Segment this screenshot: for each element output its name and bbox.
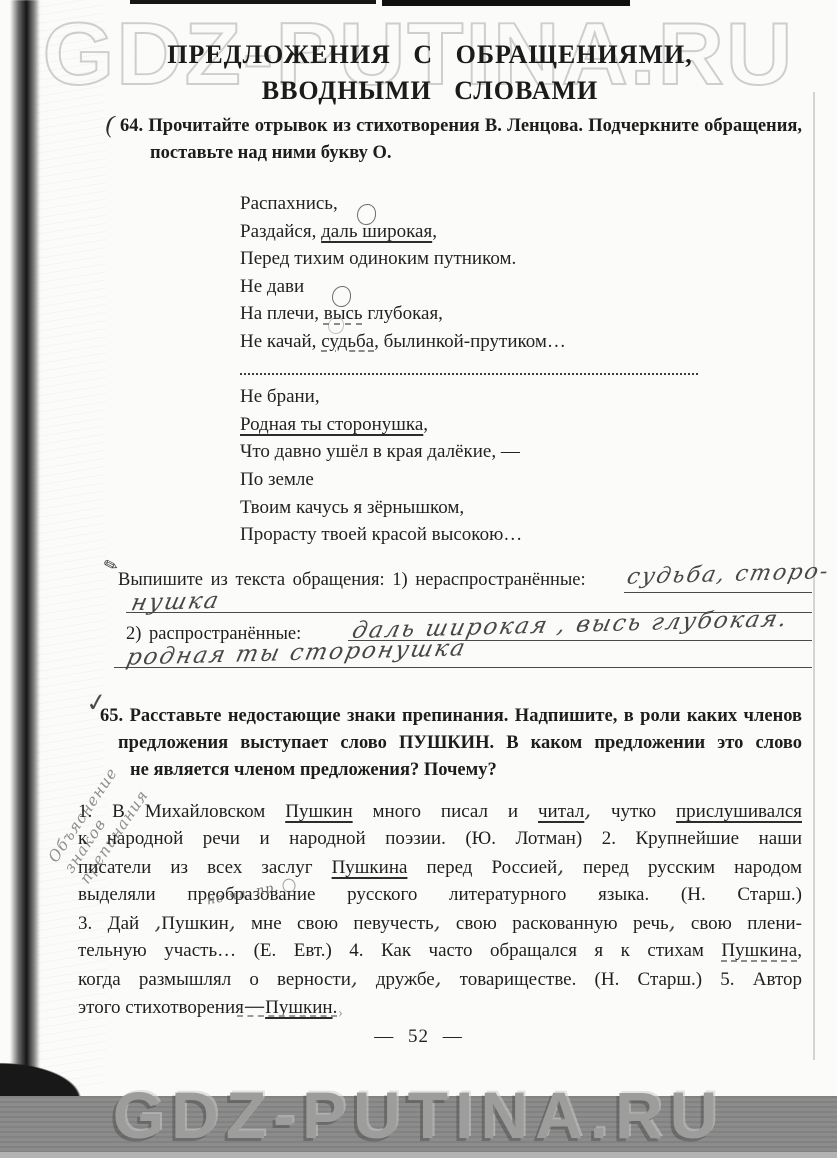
text-segment: дружбе: [358, 969, 435, 990]
text-segment: товариществе. (Н. Старш.) 5. Автор: [442, 969, 803, 990]
chapter-title-line1: ПРЕДЛОЖЕНИЯ С ОБРАЩЕНИЯМИ,: [60, 40, 800, 70]
exercise65-header-line3: не является членом предложения? Почему?: [100, 757, 802, 784]
dotted-ellipsis-line: [240, 358, 698, 375]
text-line: 3. Дай ,Пушкин, мне свою певучесть, свою…: [78, 909, 802, 937]
text-segment: Пушкин: [161, 913, 228, 934]
underlined-word: даль широкая: [321, 221, 432, 242]
text-segment: чутко: [591, 801, 676, 822]
text-segment: когда размышлял о верности: [78, 969, 351, 990]
answer-line[interactable]: [624, 592, 812, 593]
text-segment: Твоим качусь я зёрнышком,: [240, 497, 464, 518]
handwritten-answer-1b: нушка: [129, 588, 223, 616]
scan-artifact-bar: [382, 0, 630, 6]
text-segment: перед русским народом: [564, 857, 802, 878]
text-line: Не качай, судьба, былинкой-прутиком…: [240, 328, 720, 356]
underlined-word: читал: [538, 801, 584, 822]
handwritten-mark: ,: [229, 910, 236, 935]
text-line: Родная ты сторонушка,: [240, 411, 720, 439]
handwritten-o-mark: [357, 204, 376, 225]
text-line: тельную участь… (Е. Евт.) 4. Как часто о…: [78, 937, 802, 965]
text-segment: По земле: [240, 469, 314, 490]
text-line: писатели из всех заслуг Пушкина перед Ро…: [78, 853, 802, 881]
text-segment: ,: [432, 221, 437, 242]
text-line: Не брани,: [240, 383, 720, 411]
handwritten-mark: ,: [435, 966, 442, 991]
exercise65-instruction: Расставьте недостающие знаки препинания.…: [130, 706, 802, 726]
page-number: — 52 —: [0, 1026, 837, 1048]
chapter-title-line2: ВВОДНЫМИ СЛОВАМИ: [60, 76, 800, 106]
underlined-word: Родная ты сторонушка: [240, 414, 423, 435]
text-line: Раздайся, даль широкая,: [240, 218, 720, 246]
text-segment: Не дави: [240, 276, 304, 297]
exercise65-body: 1. В Михайловском Пушкин много писал и ч…: [78, 797, 802, 1021]
exercise65-number: 65.: [100, 706, 123, 726]
text-line: этого стихотворения—Пушкин.: [78, 993, 802, 1021]
exercise64-header-line2: поставьте над ними букву О.: [120, 140, 802, 167]
exercise65-header-line1: 65. Расставьте недостающие знаки препина…: [100, 703, 802, 730]
text-segment: перед Россией: [407, 857, 557, 878]
text-segment: Перед тихим одиноким путником.: [240, 248, 516, 269]
text-line: Прорасту твоей красой высокою…: [240, 521, 720, 549]
text-line: На плечи, высь глубокая,: [240, 300, 720, 328]
handwritten-underline-arrow: ›: [237, 1015, 337, 1017]
underlined-word: Пушкин: [285, 801, 352, 822]
handwritten-answer-1a: судьба, сторо-: [625, 559, 833, 590]
poem-block: Распахнись,Раздайся, даль широкая,Перед …: [240, 190, 720, 549]
text-line: Перед тихим одиноким путником.: [240, 245, 720, 273]
text-segment: Что давно ушёл в края далёкие, —: [240, 441, 520, 462]
text-segment: На плечи,: [240, 303, 324, 324]
text-segment: 1. В Михайловском: [78, 801, 285, 822]
text-segment: свою раскованную речь: [440, 913, 668, 934]
text-line: 1. В Михайловском Пушкин много писал и ч…: [78, 797, 802, 825]
text-segment: к народной речи и народной поэзии. (Ю. Л…: [78, 828, 802, 849]
text-segment: Не брани,: [240, 386, 320, 407]
exercise65-header-line2: предложения выступает слово ПУШКИН. В ка…: [100, 730, 802, 757]
text-segment: много писал и: [353, 801, 538, 822]
text-line: [240, 356, 720, 384]
text-line: к народной речи и народной поэзии. (Ю. Л…: [78, 825, 802, 853]
text-segment: Распахнись,: [240, 193, 338, 214]
underlined-word: судьба: [321, 331, 374, 352]
text-line: Твоим качусь я зёрнышком,: [240, 494, 720, 522]
text-line: Что давно ушёл в края далёкие, —: [240, 438, 720, 466]
text-segment: , былинкой-прутиком…: [374, 331, 566, 352]
text-segment: выделяли преобразование русского литерат…: [78, 884, 802, 905]
text-segment: 3. Дай: [78, 913, 155, 934]
text-line: По земле: [240, 466, 720, 494]
text-segment: Раздайся,: [240, 221, 321, 242]
text-segment: Прорасту твоей красой высокою…: [240, 524, 522, 545]
handwritten-mark: ,: [351, 966, 358, 991]
text-segment: свою плени-: [675, 913, 802, 934]
handwritten-o-mark: [328, 317, 344, 334]
text-line: выделяли преобразование русского литерат…: [78, 881, 802, 909]
exercise64-header: 64. Прочитайте отрывок из стихотворения …: [120, 113, 802, 167]
arrow-head-icon: ›: [338, 1005, 343, 1022]
exercise64-instruction: Прочитайте отрывок из стихотворения В. Л…: [148, 116, 802, 136]
text-segment: ,: [797, 940, 802, 961]
exercise64-header-line1: 64. Прочитайте отрывок из стихотворения …: [120, 113, 802, 140]
text-line: Распахнись,: [240, 190, 720, 218]
scan-artifact-bar: [130, 0, 376, 4]
text-segment: тельную участь… (Е. Евт.) 4. Как часто о…: [78, 940, 721, 961]
text-segment: этого стихотворения: [78, 997, 244, 1018]
underlined-word: Пушкина: [721, 940, 797, 961]
handwritten-o-mark: [332, 286, 351, 307]
watermark-band: [0, 1096, 837, 1152]
handwritten-mark: ,: [557, 854, 564, 879]
exercise64-number: 64.: [120, 116, 143, 136]
scanned-workbook-page: GDZ-PUTINA.RU ПРЕДЛОЖЕНИЯ С ОБРАЩЕНИЯМИ,…: [0, 0, 837, 1158]
text-segment: мне свою певучесть: [236, 913, 434, 934]
text-line: Не дави: [240, 273, 720, 301]
text-segment: Не качай,: [240, 331, 321, 352]
text-line: когда размышлял о верности, дружбе, това…: [78, 965, 802, 993]
text-segment: ,: [423, 414, 428, 435]
text-segment: глубокая,: [363, 303, 443, 324]
underlined-word: прислушивался: [676, 801, 802, 822]
scan-corner-shadow: [0, 1056, 96, 1100]
underlined-word: Пушкина: [332, 857, 408, 878]
exercise65-header: 65. Расставьте недостающие знаки препина…: [100, 703, 802, 784]
